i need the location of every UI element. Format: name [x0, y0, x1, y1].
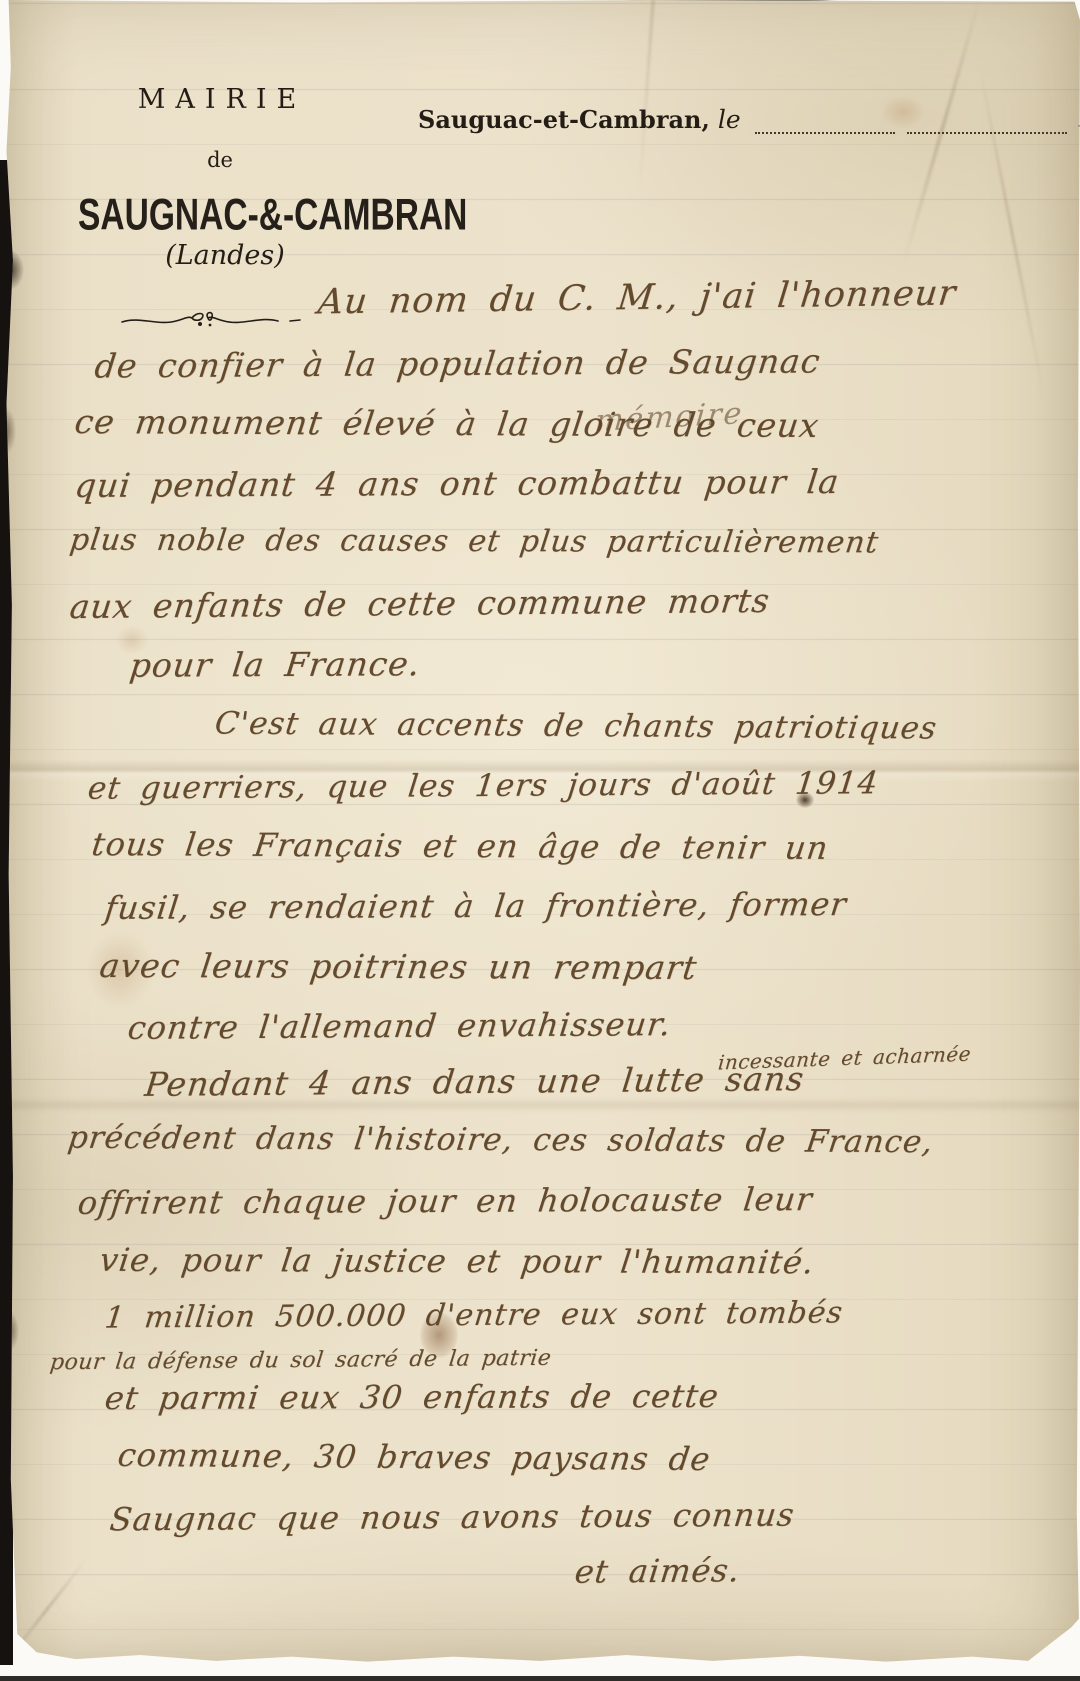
- scanned-letter-page: { "letterhead": { "line1": "MAIRIE", "li…: [0, 0, 1080, 1681]
- handwritten-line: Pendant 4 ans dans une lutte sans: [143, 1059, 807, 1104]
- handwritten-line: précédent dans l'histoire, ces soldats d…: [66, 1120, 936, 1161]
- vertical-crease-center-top: [638, 0, 655, 195]
- letter-paper-sheet: MAIRIE de SAUGNAC-&-CAMBRAN (Landes) Sau…: [0, 0, 1080, 1681]
- letterhead-commune-name: SAUGNAC-&-CAMBRAN: [78, 190, 467, 241]
- handwritten-interlinear-insert: pour la défense du sol sacré de la patri…: [49, 1346, 553, 1375]
- dateline-dotted-blank-2: [907, 110, 1067, 134]
- handwritten-line: avec leurs poitrines un rempart: [98, 946, 700, 987]
- dateline-year-prefix: 192: [1077, 103, 1080, 134]
- handwritten-line: et aimés.: [573, 1551, 742, 1590]
- letterhead-mairie: MAIRIE: [137, 84, 307, 115]
- handwritten-line: qui pendant 4 ans ont combattu pour la: [73, 462, 842, 505]
- handwritten-line: tous les Français et en âge de tenir un: [90, 825, 831, 867]
- handwritten-line: plus noble des causes et plus particuliè…: [68, 523, 881, 561]
- letterhead-departement: (Landes): [150, 240, 300, 271]
- handwritten-line: et guerriers, que les 1ers jours d'août …: [86, 765, 880, 807]
- letterhead-de: de: [160, 148, 280, 172]
- handwritten-line: Au nom du C. M., j'ai l'honneur: [316, 274, 958, 323]
- handwritten-line: aux enfants de cette commune morts: [68, 581, 772, 626]
- scan-background-bottom-edge: [0, 1676, 1080, 1681]
- handwritten-line: contre l'allemand envahisseur.: [126, 1005, 674, 1047]
- printed-dateline: Sauguac-et-Cambran, le 192: [418, 103, 1080, 134]
- handwritten-line: 1 million 500.000 d'entre eux sont tombé…: [103, 1295, 845, 1335]
- handwritten-line: Saugnac que nous avons tous connus: [108, 1496, 797, 1539]
- handwritten-line: de confier à la population de Saugnac: [93, 341, 823, 385]
- dateline-le: le: [718, 105, 741, 134]
- dateline-place: Sauguac-et-Cambran,: [418, 105, 710, 134]
- handwritten-line: vie, pour la justice et pour l'humanité.: [98, 1241, 817, 1281]
- dateline-dotted-blank-1: [755, 110, 895, 134]
- handwritten-line: fusil, se rendaient à la frontière, form…: [103, 885, 849, 927]
- handwritten-line: pour la France.: [128, 644, 423, 685]
- flourish-divider-icon: [118, 308, 318, 334]
- handwritten-line: ce monument élevé à la gloire de ceux: [73, 402, 822, 445]
- handwritten-line: offrirent chaque jour en holocauste leur: [76, 1180, 815, 1222]
- handwritten-line: commune, 30 braves paysans de: [116, 1436, 713, 1478]
- handwritten-line: C'est aux accents de chants patriotiques: [213, 705, 940, 746]
- diagonal-crease-bottom-left: [5, 1558, 87, 1662]
- handwritten-line: et parmi eux 30 enfants de cette: [103, 1377, 721, 1417]
